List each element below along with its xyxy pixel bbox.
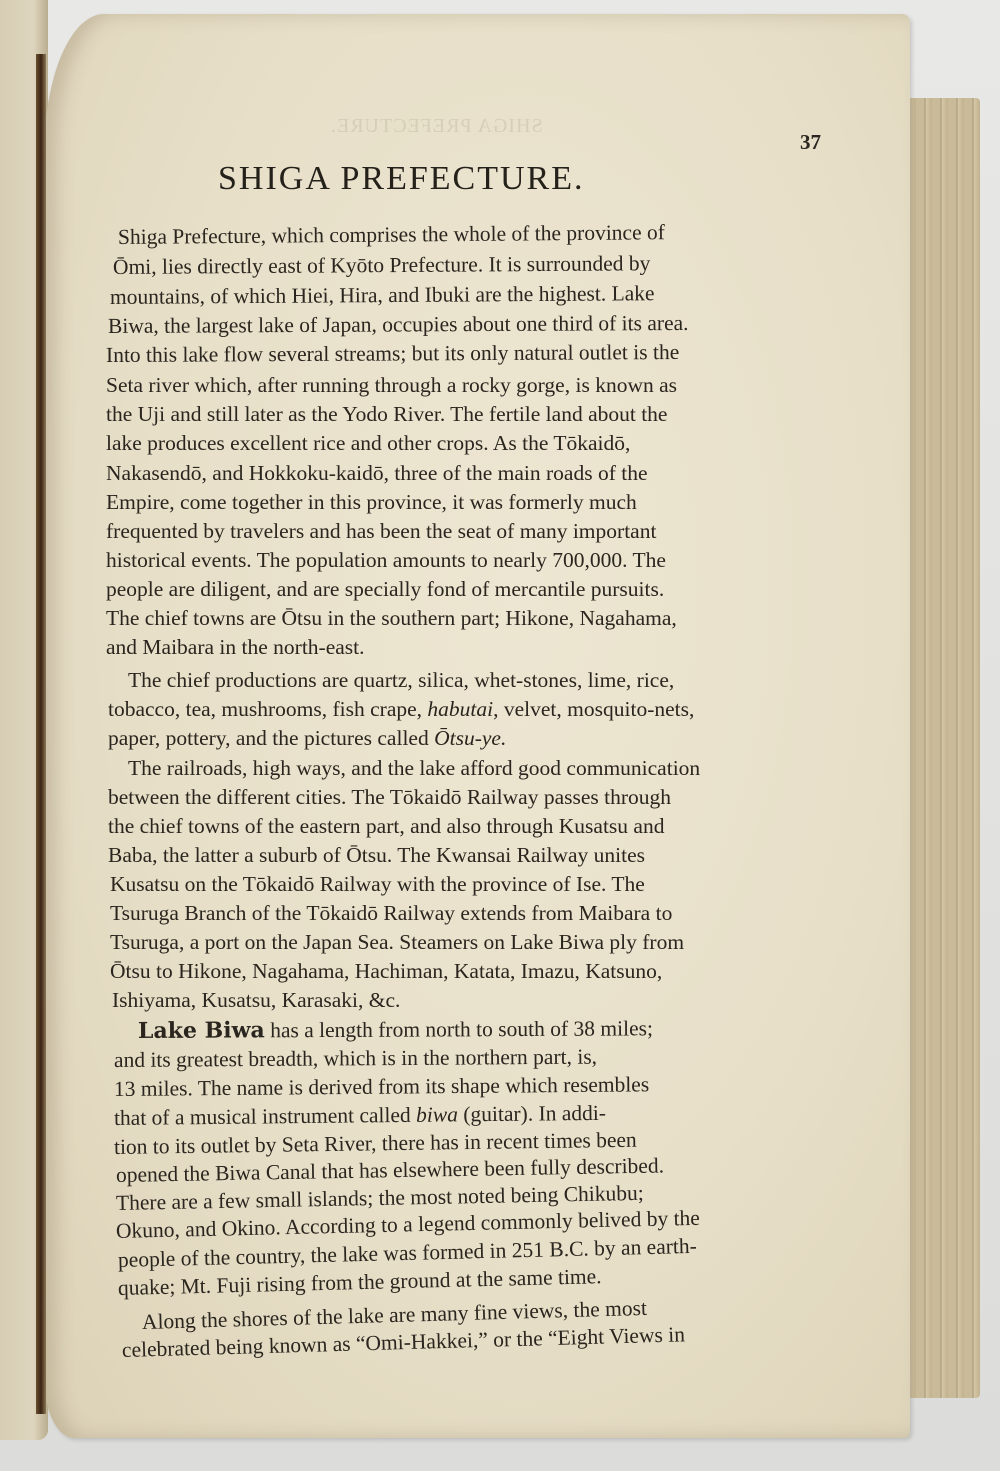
text-line: Ōmi, lies directly east of Kyōto Prefect… — [113, 251, 651, 280]
text-line: the chief towns of the eastern part, and… — [108, 814, 664, 839]
bleed-through-text: SHIGA PREFECTURE. — [330, 115, 543, 138]
text-line: Into this lake flow several streams; but… — [106, 340, 679, 368]
text-line: Lake Biwa has a length from north to sou… — [138, 1015, 653, 1044]
italic-term: biwa — [416, 1102, 458, 1126]
text-line: Baba, the latter a suburb of Ōtsu. The K… — [108, 843, 645, 868]
text-line: Biwa, the largest lake of Japan, occupie… — [108, 311, 689, 339]
text-line: mountains, of which Hiei, Hira, and Ibuk… — [110, 281, 655, 310]
text-line: lake produces excellent rice and other c… — [106, 431, 630, 456]
text-line: historical events. The population amount… — [106, 548, 666, 573]
text-line: The chief towns are Ōtsu in the southern… — [106, 606, 677, 631]
text-line: people are diligent, and are specially f… — [106, 577, 664, 602]
text-line: Ishiyama, Kusatsu, Karasaki, &c. — [112, 988, 400, 1013]
text-line: The railroads, high ways, and the lake a… — [128, 756, 700, 781]
text-line: Shiga Prefecture, which comprises the wh… — [118, 220, 665, 250]
text-line: Kusatsu on the Tōkaidō Railway with the … — [110, 872, 645, 897]
text-line: 13 miles. The name is derived from its s… — [114, 1072, 649, 1102]
text-line: Ōtsu to Hikone, Nagahama, Hachiman, Kata… — [110, 959, 662, 984]
text-line: Seta river which, after running through … — [106, 373, 677, 398]
text-line: Empire, come together in this province, … — [106, 490, 637, 515]
italic-term: Ōtsu-ye. — [434, 726, 506, 750]
text-line: The chief productions are quartz, silica… — [128, 668, 674, 693]
text-line: Tsuruga Branch of the Tōkaidō Railway ex… — [110, 901, 672, 926]
section-lead-heading: Lake Biwa — [138, 1017, 265, 1044]
text-line: and its greatest breadth, which is in th… — [114, 1045, 597, 1073]
page-title: SHIGA PREFECTURE. — [218, 160, 585, 198]
text-line: tobacco, tea, mushrooms, fish crape, hab… — [108, 697, 694, 722]
text-line: Nakasendō, and Hokkoku-kaidō, three of t… — [106, 461, 648, 486]
text-line: frequented by travelers and has been the… — [106, 519, 656, 544]
text-line: between the different cities. The Tōkaid… — [108, 785, 671, 810]
book-page-edges — [900, 98, 980, 1398]
page-number: 37 — [800, 130, 821, 155]
text-line: paper, pottery, and the pictures called … — [108, 726, 506, 751]
italic-term: habutai — [427, 697, 493, 721]
text-line: Tsuruga, a port on the Japan Sea. Steame… — [110, 930, 684, 955]
book-gutter-shadow — [36, 54, 46, 1414]
text-line: that of a musical instrument called biwa… — [114, 1101, 606, 1131]
text-line: and Maibara in the north-east. — [106, 635, 365, 660]
text-line: the Uji and still later as the Yodo Rive… — [106, 402, 667, 427]
